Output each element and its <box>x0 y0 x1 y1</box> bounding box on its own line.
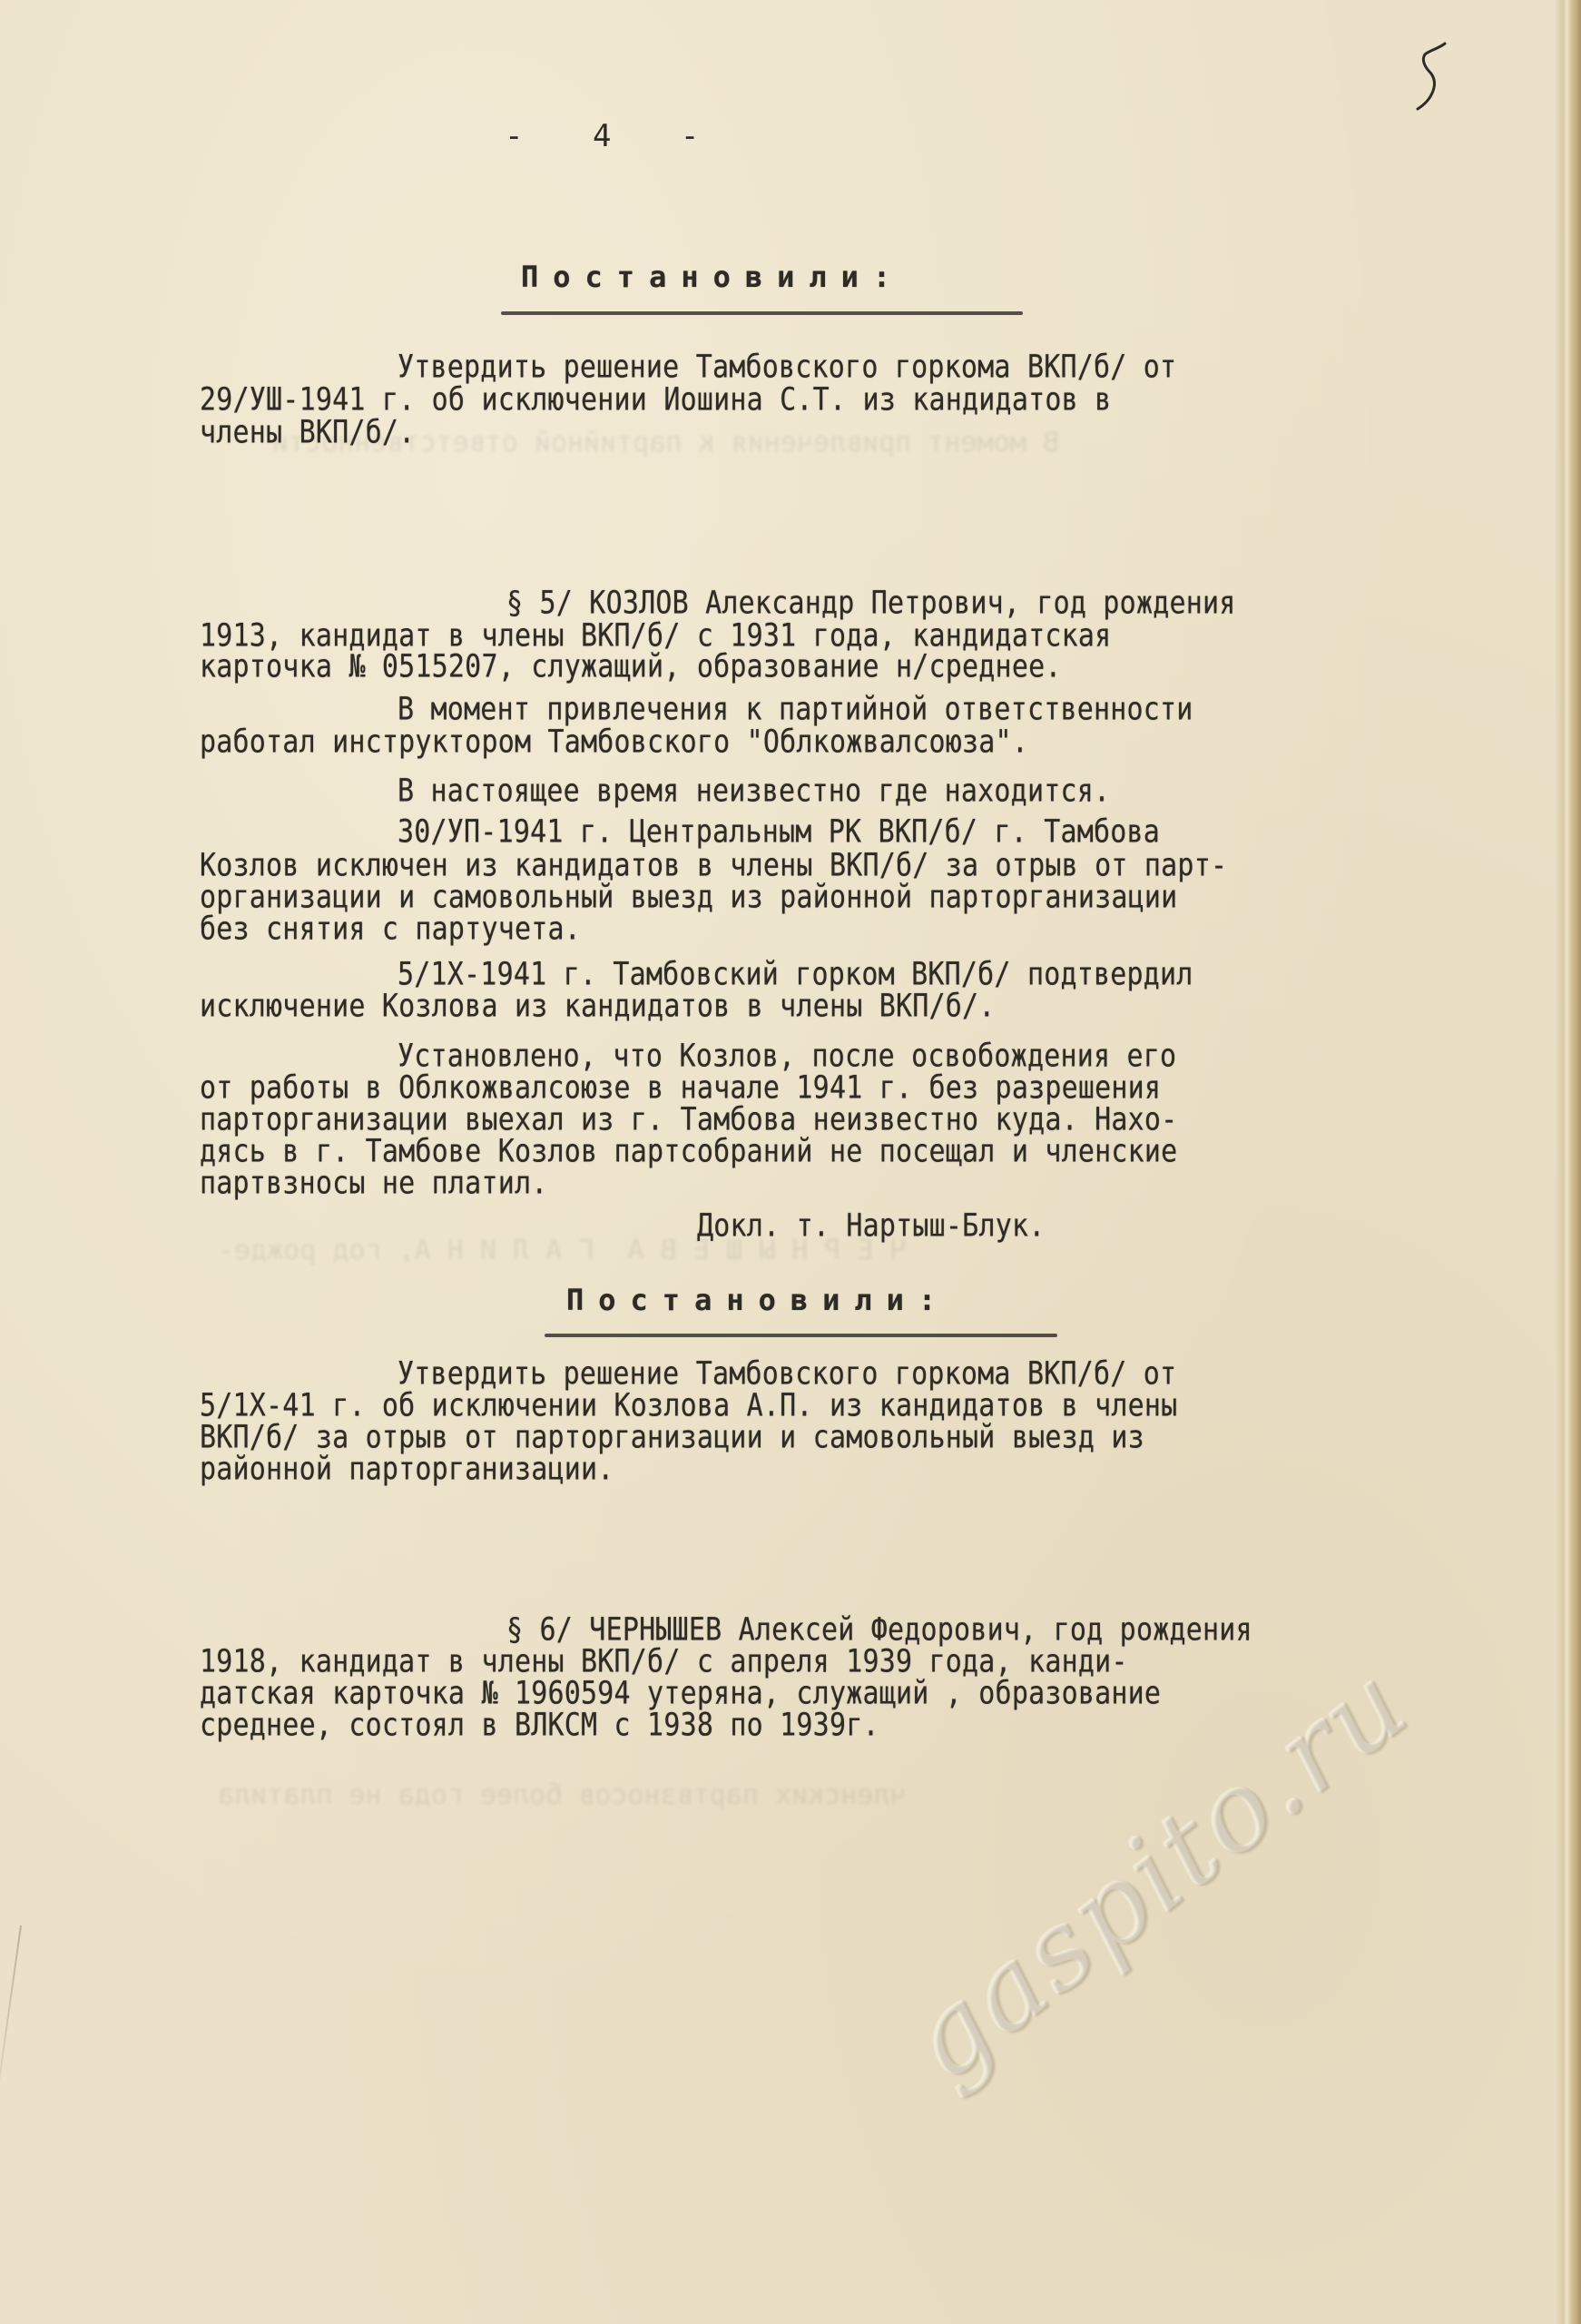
bleed-through-text: членских партвзносов более года не плати… <box>218 1779 907 1811</box>
folio-number-handwritten <box>1398 36 1452 118</box>
resolution-text-line: Утвердить решение Тамбовского горкома ВК… <box>398 350 1176 385</box>
resolution-heading: Постановили: <box>566 1283 950 1317</box>
case-5-gorkom-line: исключение Козлова из кандидатов в члены… <box>200 989 996 1024</box>
case-5-established-line: партвзносы не платил. <box>200 1166 548 1201</box>
case-5-bio-line: карточка № 0515207, служащий, образовани… <box>200 649 1062 684</box>
case-5-work-line: В момент привлечения к партийной ответст… <box>398 692 1193 727</box>
resolution-text-line: районной парторганизации. <box>200 1452 614 1487</box>
resolution-text-line: 29/УШ-1941 г. об исключении Иошина С.Т. … <box>200 382 1111 418</box>
pencil-mark <box>0 1925 22 2132</box>
case-5-whereabouts: В настоящее время неизвестно где находит… <box>398 773 1110 809</box>
heading-underline <box>501 311 1023 315</box>
heading-underline <box>545 1334 1057 1337</box>
case-5-rk-line: 30/УП-1941 г. Центральным РК ВКП/б/ г. Т… <box>398 814 1160 850</box>
document-page: В момент привлечения к партийной ответст… <box>0 0 1581 2324</box>
case-5-bio-line: § 5/ КОЗЛОВ Александр Петрович, год рожд… <box>506 586 1236 621</box>
case-5-rk-line: без снятия с партучета. <box>200 911 581 947</box>
page-edge <box>1556 0 1581 2324</box>
page-number-header: - 4 - <box>505 118 724 154</box>
case-6-bio-line: среднее, состоял в ВЛКСМ с 1938 по 1939г… <box>200 1708 879 1743</box>
resolution-text-line: члены ВКП/б/. <box>200 415 415 450</box>
case-5-reporter: Докл. т. Нартыш-Блук. <box>697 1208 1046 1244</box>
resolution-heading: Постановили: <box>521 260 905 294</box>
case-5-work-line: работал инструктором Тамбовского "Облкож… <box>200 724 1028 760</box>
